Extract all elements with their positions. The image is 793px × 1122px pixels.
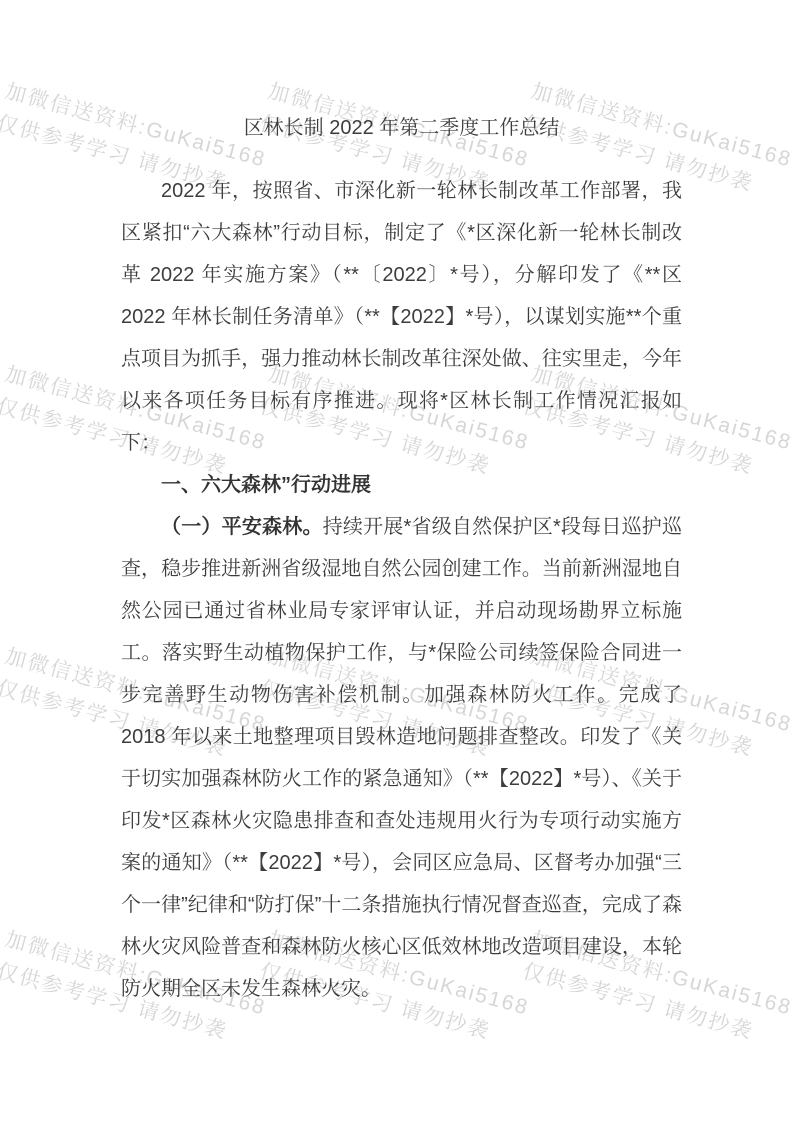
document-page: 加微信送资料:GuKai5168仅供参考学习 请勿抄袭加微信送资料:GuKai5… bbox=[0, 0, 793, 1122]
section-1-heading: 一、六大森林”行动进展 bbox=[121, 464, 682, 506]
document-title: 区林长制 2022 年第二季度工作总结 bbox=[121, 107, 682, 149]
intro-paragraph: 2022 年，按照省、市深化新一轮林长制改革工作部署，我区紧扣“六大森林”行动目… bbox=[121, 170, 682, 464]
section-1-paragraph: （一）平安森林。持续开展*省级自然保护区*段每日巡护巡查，稳步推进新洲省级湿地自… bbox=[121, 506, 682, 1010]
document-content: 区林长制 2022 年第二季度工作总结 2022 年，按照省、市深化新一轮林长制… bbox=[121, 107, 682, 1010]
subsection-1-label: （一）平安森林。 bbox=[161, 516, 323, 538]
subsection-1-text: 持续开展*省级自然保护区*段每日巡护巡查，稳步推进新洲省级湿地自然公园创建工作。… bbox=[121, 516, 682, 1000]
